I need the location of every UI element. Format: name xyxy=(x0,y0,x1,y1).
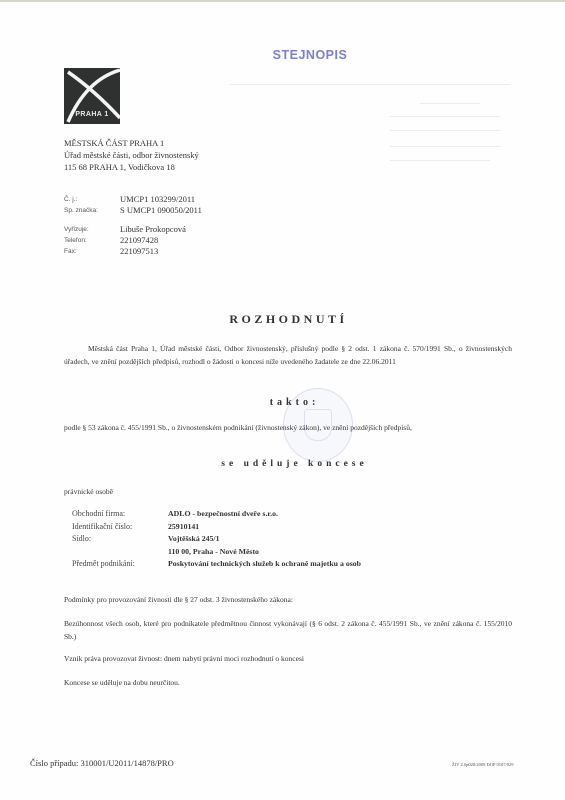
bleed-through xyxy=(390,160,490,161)
meta-label: Fax: xyxy=(64,246,120,257)
entity-label: Obchodní firma: xyxy=(72,508,168,521)
right-origin: Vznik práva provozovat živnost: dnem nab… xyxy=(64,653,512,666)
office-street: 115 68 PRAHA 1, Vodičkova 18 xyxy=(64,161,199,173)
intro-paragraph: Městská část Praha 1, Úřad městské části… xyxy=(64,343,512,368)
entity-label xyxy=(72,546,168,559)
office-name: MĚSTSKÁ ČÁST PRAHA 1 xyxy=(64,137,199,149)
bleed-through xyxy=(390,146,500,147)
entity-row-seat: Sídlo: Vojtěšská 245/1 xyxy=(72,533,361,546)
bleed-through xyxy=(230,84,510,85)
meta-value: S UMCP1 090050/2011 xyxy=(120,205,202,216)
entity-value: Vojtěšská 245/1 xyxy=(168,533,219,546)
reference-block: Č. j.: UMCP1 103299/2011 Sp. značka: S U… xyxy=(64,194,202,257)
form-code: ŽIV 2.0p028/2009 DOP 0107/029 xyxy=(452,762,514,767)
meta-value: 221097513 xyxy=(120,246,158,257)
praha1-logo: PRAHA 1 xyxy=(64,68,120,124)
office-department: Úřad městské části, odbor živnostenský xyxy=(64,149,199,161)
bleed-through xyxy=(390,130,500,131)
entity-value: 110 00, Praha - Nové Město xyxy=(168,546,259,559)
document-page: STEJNOPIS PRAHA 1 MĚSTSKÁ ČÁST PRAHA 1 Ú… xyxy=(0,0,565,800)
entity-details: Obchodní firma: ADLO - bezpečnostní dveř… xyxy=(72,508,361,571)
meta-row-sp: Sp. značka: S UMCP1 090050/2011 xyxy=(64,205,202,216)
entity-value: ADLO - bezpečnostní dveře s.r.o. xyxy=(168,508,278,521)
scan-edge xyxy=(0,0,565,2)
entity-label: Sídlo: xyxy=(72,533,168,546)
entity-row-id: Identifikační číslo: 25910141 xyxy=(72,521,361,534)
recipient-type: právnické osobě xyxy=(64,487,113,496)
conditions-heading: Podmínky pro provozování živnosti dle § … xyxy=(64,594,512,607)
meta-label: Telefon: xyxy=(64,235,120,246)
stejnopis-stamp: STEJNOPIS xyxy=(0,48,565,62)
entity-row-subject: Předmět podnikání: Poskytování technický… xyxy=(72,558,361,571)
meta-value: UMCP1 103299/2011 xyxy=(120,194,195,205)
document-title: ROZHODNUTÍ xyxy=(0,312,565,327)
entity-value: 25910141 xyxy=(168,521,199,534)
meta-label: Vyřizuje: xyxy=(64,224,120,235)
meta-value: Libuše Prokopcová xyxy=(120,224,186,235)
entity-row-firm: Obchodní firma: ADLO - bezpečnostní dveř… xyxy=(72,508,361,521)
bleed-through xyxy=(390,116,500,117)
duration: Koncese se uděluje na dobu neurčitou. xyxy=(64,677,512,690)
entity-label: Identifikační číslo: xyxy=(72,521,168,534)
conditions-text: Bezúhonnost všech osob, které pro podnik… xyxy=(64,618,512,643)
takto-heading: takto: xyxy=(0,397,565,408)
bleed-through xyxy=(420,103,480,104)
legal-basis-paragraph: podle § 53 zákona č. 455/1991 Sb., o živ… xyxy=(64,422,512,435)
meta-row-vyrizuje: Vyřizuje: Libuše Prokopcová xyxy=(64,224,202,235)
entity-row-seat-city: 110 00, Praha - Nové Město xyxy=(72,546,361,559)
meta-row-fax: Fax: 221097513 xyxy=(64,246,202,257)
entity-value: Poskytování technických služeb k ochraně… xyxy=(168,558,361,571)
meta-label: Sp. značka: xyxy=(64,205,120,216)
meta-row-telefon: Telefon: 221097428 xyxy=(64,235,202,246)
meta-value: 221097428 xyxy=(120,235,158,246)
logo-text: PRAHA 1 xyxy=(64,111,120,118)
meta-label: Č. j.: xyxy=(64,194,120,205)
granted-heading: se uděluje koncese xyxy=(0,459,565,469)
meta-row-cj: Č. j.: UMCP1 103299/2011 xyxy=(64,194,202,205)
case-number: Číslo případu: 310001/U2011/14878/PRO xyxy=(30,758,174,768)
office-address: MĚSTSKÁ ČÁST PRAHA 1 Úřad městské části,… xyxy=(64,137,199,173)
entity-label: Předmět podnikání: xyxy=(72,558,168,571)
